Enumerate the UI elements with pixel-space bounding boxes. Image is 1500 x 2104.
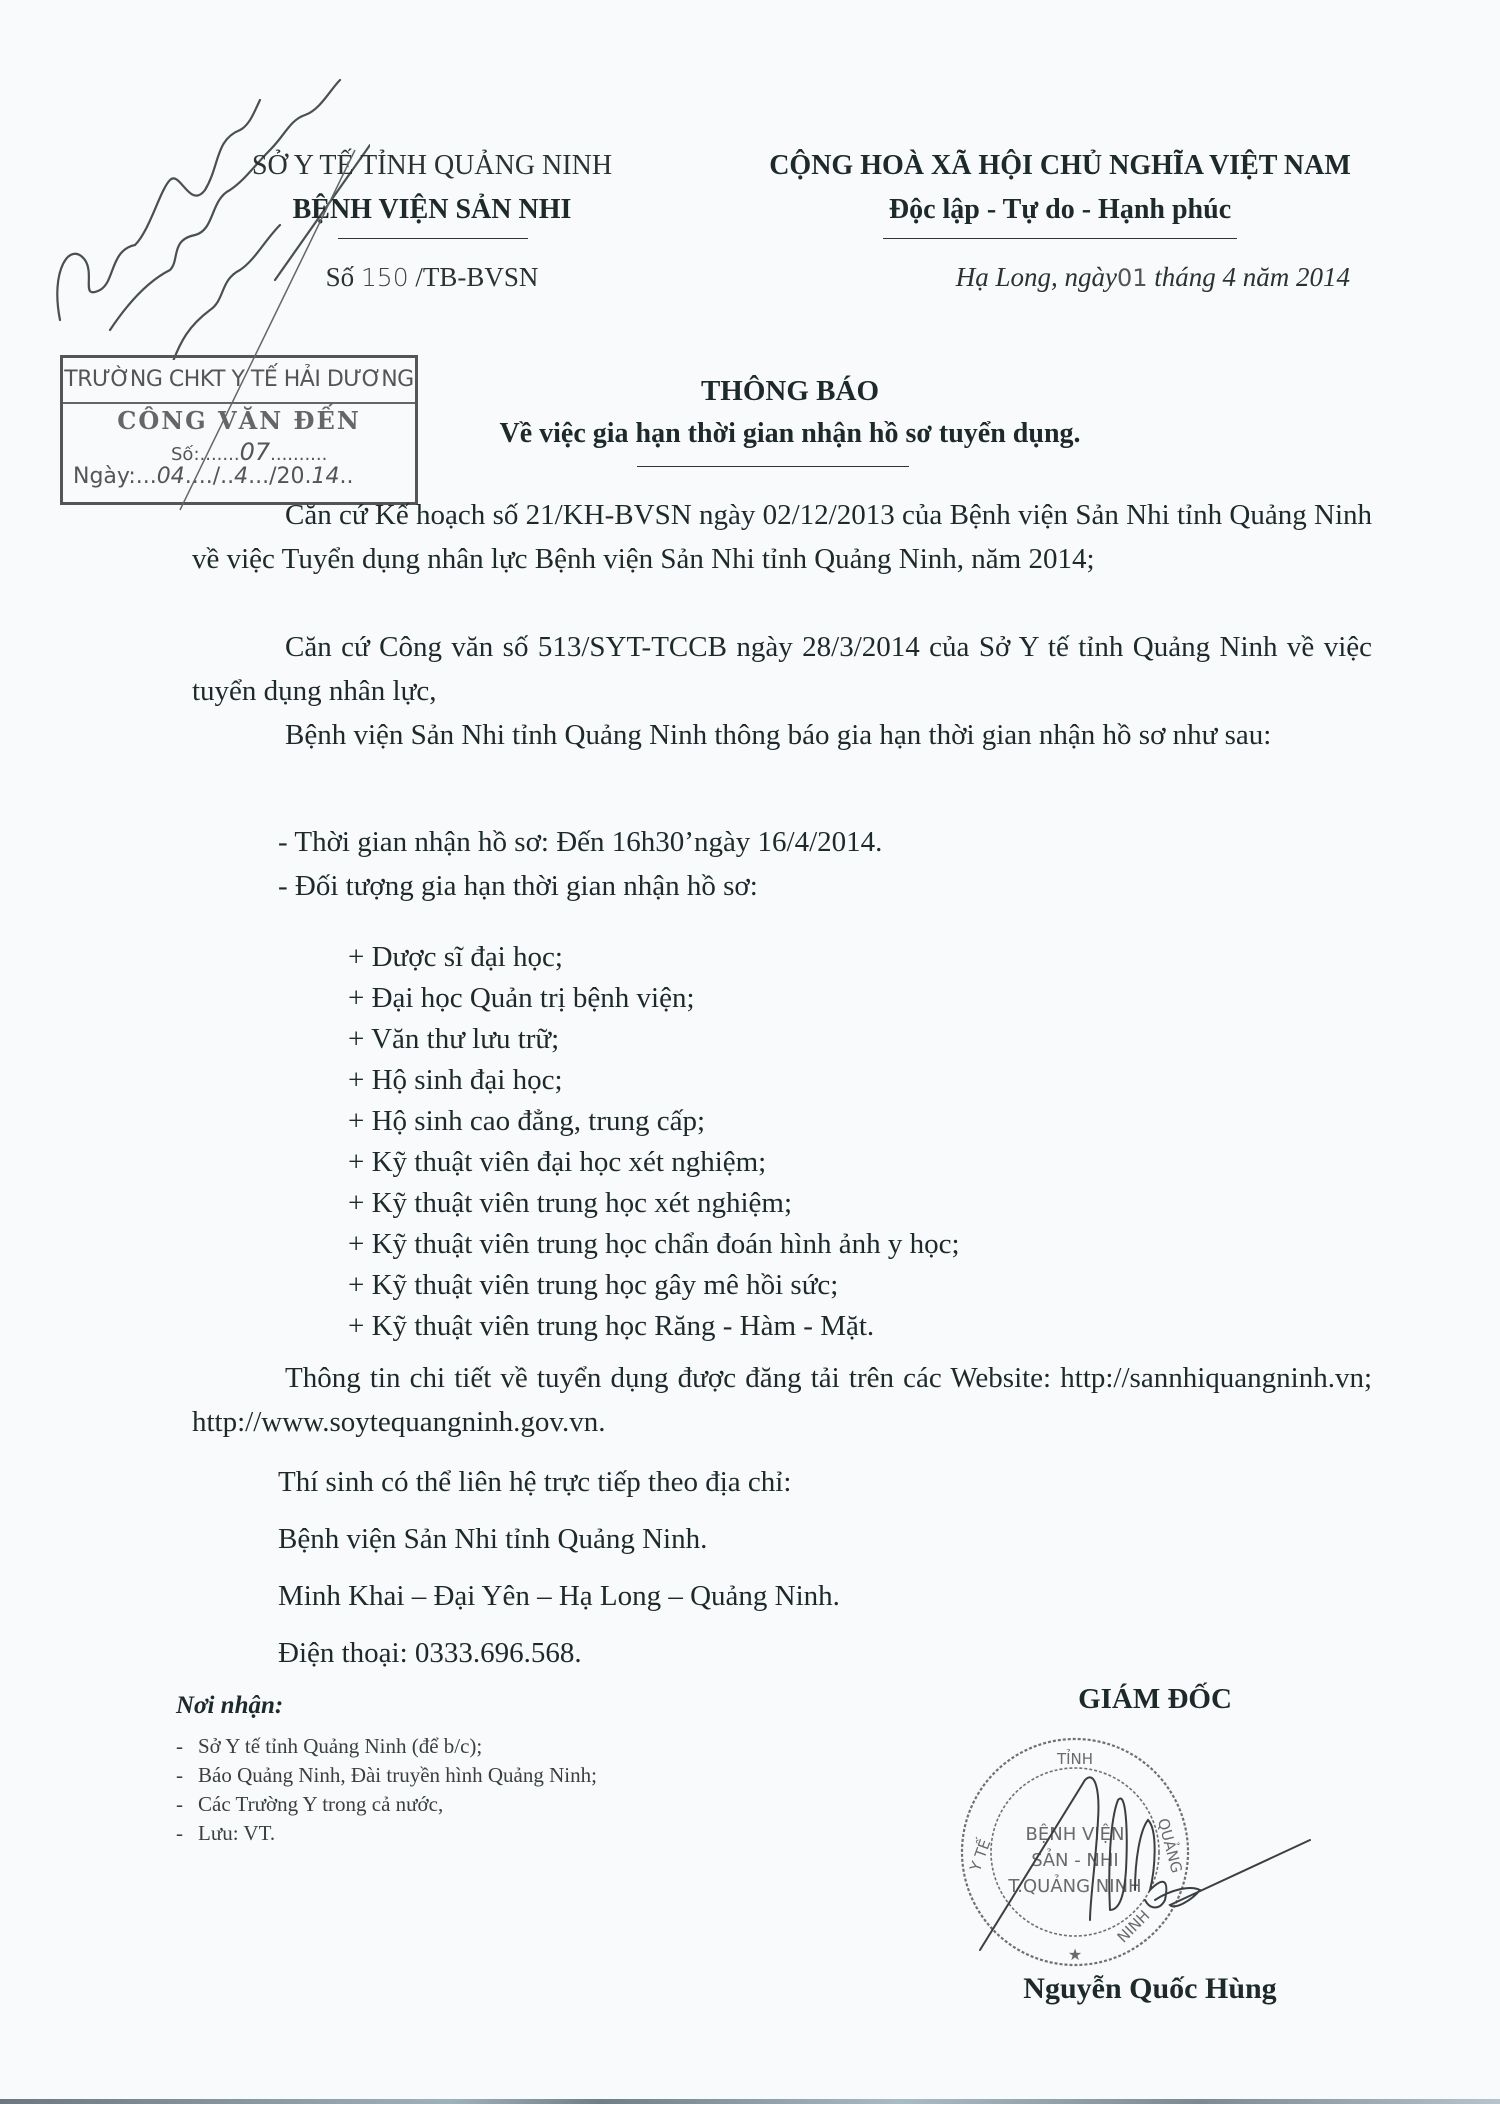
contact-phone: Điện thoại: 0333.696.568. xyxy=(278,1637,582,1670)
list-item: + Văn thư lưu trữ; xyxy=(348,1019,960,1060)
document-title: THÔNG BÁO xyxy=(400,375,1180,408)
scan-edge xyxy=(0,2099,1500,2104)
signatory-name: Nguyễn Quốc Hùng xyxy=(950,1972,1350,2006)
list-item: + Dược sĩ đại học; xyxy=(348,937,960,978)
recipient-item: -Sở Y tế tỉnh Quảng Ninh (để b/c); xyxy=(176,1732,636,1761)
list-item: + Kỹ thuật viên đại học xét nghiệm; xyxy=(348,1142,960,1183)
list-item: + Kỹ thuật viên trung học xét nghiệm; xyxy=(348,1183,960,1224)
signatory-title: GIÁM ĐỐC xyxy=(1020,1683,1290,1716)
list-item: + Kỹ thuật viên trung học chẩn đoán hình… xyxy=(348,1224,960,1265)
recipient-item: -Các Trường Y trong cả nước, xyxy=(176,1790,636,1819)
paragraph-websites: Thông tin chi tiết về tuyển dụng được đă… xyxy=(192,1356,1372,1444)
deadline-line: - Thời gian nhận hồ sơ: Đến 16h30’ngày 1… xyxy=(278,826,882,859)
target-positions-list: + Dược sĩ đại học; + Đại học Quản trị bệ… xyxy=(348,937,960,1347)
paragraph-text: Căn cứ Kế hoạch số 21/KH-BVSN ngày 02/12… xyxy=(192,499,1372,575)
targets-heading: - Đối tượng gia hạn thời gian nhận hồ sơ… xyxy=(278,870,758,903)
list-item: + Đại học Quản trị bệnh viện; xyxy=(348,978,960,1019)
paragraph-text: Căn cứ Công văn số 513/SYT-TCCB ngày 28/… xyxy=(192,631,1372,707)
doc-number-suffix: /TB-BVSN xyxy=(415,262,538,292)
doc-number-handwritten: 150 xyxy=(361,263,409,292)
national-motto: Độc lập - Tự do - Hạnh phúc xyxy=(700,194,1420,226)
paragraph-text: Bệnh viện Sản Nhi tỉnh Quảng Ninh thông … xyxy=(285,719,1271,751)
document-subtitle: Về việc gia hạn thời gian nhận hồ sơ tuy… xyxy=(400,418,1180,450)
place-date-prefix: Hạ Long, ngày xyxy=(956,262,1117,292)
list-item: + Kỹ thuật viên trung học gây mê hồi sức… xyxy=(348,1265,960,1306)
national-title: CỘNG HOÀ XÃ HỘI CHỦ NGHĨA VIỆT NAM xyxy=(700,150,1420,182)
subtitle-divider xyxy=(637,466,909,467)
recipients-title: Nơi nhận: xyxy=(176,1692,283,1720)
contact-address: Minh Khai – Đại Yên – Hạ Long – Quảng Ni… xyxy=(278,1580,840,1613)
recipients-list: -Sở Y tế tỉnh Quảng Ninh (để b/c); -Báo … xyxy=(176,1732,636,1848)
contact-intro: Thí sinh có thể liên hệ trực tiếp theo đ… xyxy=(278,1466,791,1499)
paragraph-announcement: Bệnh viện Sản Nhi tỉnh Quảng Ninh thông … xyxy=(192,713,1372,757)
header-divider-left xyxy=(338,238,528,239)
handwritten-signature xyxy=(960,1760,1320,1980)
paragraph-legal-basis-1: Căn cứ Kế hoạch số 21/KH-BVSN ngày 02/12… xyxy=(192,493,1372,581)
contact-name: Bệnh viện Sản Nhi tỉnh Quảng Ninh. xyxy=(278,1523,707,1556)
list-item: + Hộ sinh đại học; xyxy=(348,1060,960,1101)
place-date-suffix: tháng 4 năm 2014 xyxy=(1154,262,1350,292)
recipient-item: -Lưu: VT. xyxy=(176,1819,636,1848)
header-divider-right xyxy=(883,238,1237,239)
paragraph-legal-basis-2: Căn cứ Công văn số 513/SYT-TCCB ngày 28/… xyxy=(192,625,1372,713)
recipient-item: -Báo Quảng Ninh, Đài truyền hình Quảng N… xyxy=(176,1761,636,1790)
list-item: + Kỹ thuật viên trung học Răng - Hàm - M… xyxy=(348,1306,960,1347)
stamp-strike-line xyxy=(60,140,360,520)
place-date-day: 01 xyxy=(1117,264,1148,292)
paragraph-text: Thông tin chi tiết về tuyển dụng được đă… xyxy=(192,1362,1372,1438)
place-and-date: Hạ Long, ngày01 tháng 4 năm 2014 xyxy=(700,262,1420,293)
list-item: + Hộ sinh cao đẳng, trung cấp; xyxy=(348,1101,960,1142)
